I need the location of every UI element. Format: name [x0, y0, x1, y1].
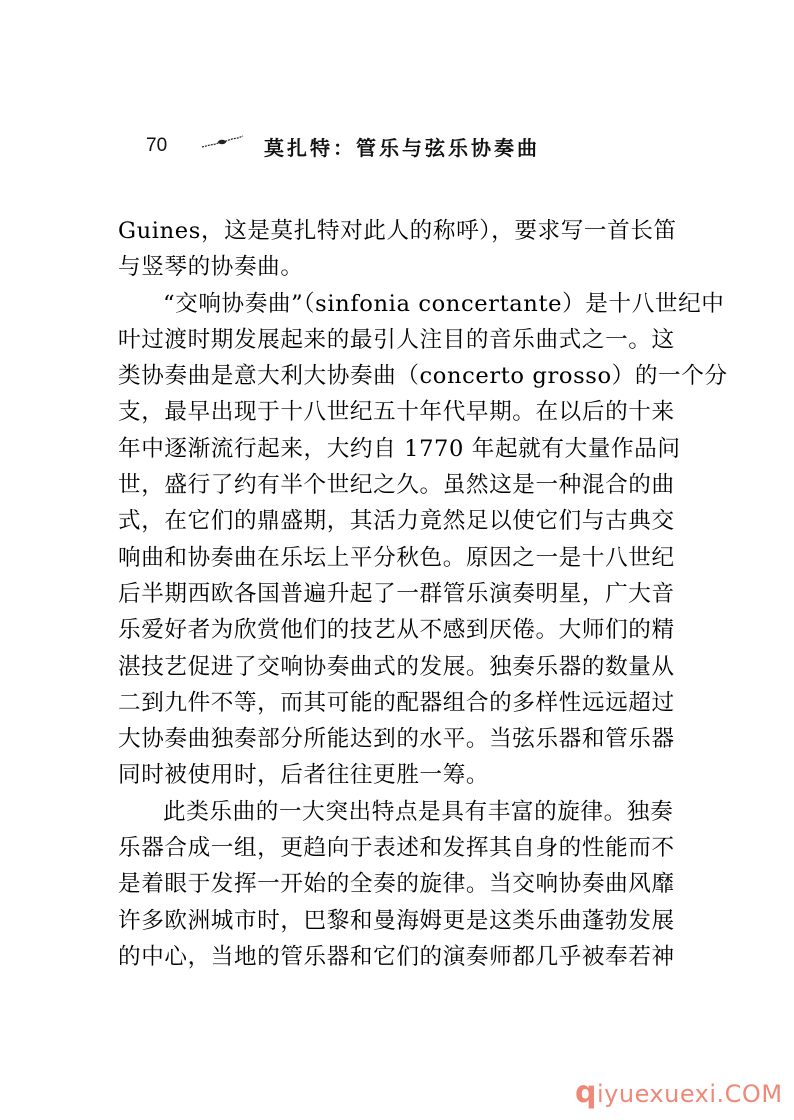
text-line: 类协奏曲是意大利大协奏曲（concerto grosso）的一个分 [118, 358, 680, 394]
watermark-text: iyuexuexi.COM [597, 1080, 783, 1108]
body-text: Guines，这是莫扎特对此人的称呼），要求写一首长笛 与竖琴的协奏曲。 “交响… [118, 213, 680, 975]
text-line: 响曲和协奏曲在乐坛上平分秋色。原因之一是十八世纪 [118, 540, 680, 576]
running-title: 莫扎特：管乐与弦乐协奏曲 [264, 132, 540, 161]
text-line: 是着眼于发挥一开始的全奏的旋律。当交响协奏曲风靡 [118, 866, 680, 902]
text-line: 式，在它们的鼎盛期，其活力竟然足以使它们与古典交 [118, 503, 680, 539]
text-line: 许多欧洲城市时，巴黎和曼海姆更是这类乐曲蓬勃发展 [118, 903, 680, 939]
text-line: 年中逐渐流行起来，大约自 1770 年起就有大量作品问 [118, 431, 680, 467]
text-line: 世，盛行了约有半个世纪之久。虽然这是一种混合的曲 [118, 467, 680, 503]
text-line: 叶过渡时期发展起来的最引人注目的音乐曲式之一。这 [118, 322, 680, 358]
paragraph-1-continuation: Guines，这是莫扎特对此人的称呼），要求写一首长笛 与竖琴的协奏曲。 [118, 213, 680, 286]
text-line: “交响协奏曲”（sinfonia concertante）是十八世纪中 [118, 286, 680, 322]
text-line: 此类乐曲的一大突出特点是具有丰富的旋律。独奏 [118, 794, 680, 830]
text-line: 二到九件不等，而其可能的配器组合的多样性远远超过 [118, 685, 680, 721]
text-line: 乐器合成一组，更趋向于表述和发挥其自身的性能而不 [118, 830, 680, 866]
page-number: 70 [146, 135, 167, 157]
text-line: Guines，这是莫扎特对此人的称呼），要求写一首长笛 [118, 213, 680, 249]
text-line: 支，最早出现于十八世纪五十年代早期。在以后的十来 [118, 394, 680, 430]
quill-flourish-icon [200, 135, 245, 149]
page-header: 70 莫扎特：管乐与弦乐协奏曲 [140, 130, 590, 160]
text-line: 的中心，当地的管乐器和它们的演奏师都几乎被奉若神 [118, 939, 680, 975]
paragraph-3: 此类乐曲的一大突出特点是具有丰富的旋律。独奏 乐器合成一组，更趋向于表述和发挥其… [118, 794, 680, 975]
text-line: 湛技艺促进了交响协奏曲式的发展。独奏乐器的数量从 [118, 649, 680, 685]
watermark: qiyuexuexi.COM [575, 1075, 783, 1110]
paragraph-2: “交响协奏曲”（sinfonia concertante）是十八世纪中 叶过渡时… [118, 286, 680, 794]
text-line: 与竖琴的协奏曲。 [118, 249, 680, 285]
text-line: 同时被使用时，后者往往更胜一筹。 [118, 757, 680, 793]
text-line: 大协奏曲独奏部分所能达到的水平。当弦乐器和管乐器 [118, 721, 680, 757]
watermark-initial: q [575, 1075, 597, 1110]
text-line: 乐爱好者为欣赏他们的技艺从不感到厌倦。大师们的精 [118, 612, 680, 648]
text-line: 后半期西欧各国普遍升起了一群管乐演奏明星，广大音 [118, 576, 680, 612]
